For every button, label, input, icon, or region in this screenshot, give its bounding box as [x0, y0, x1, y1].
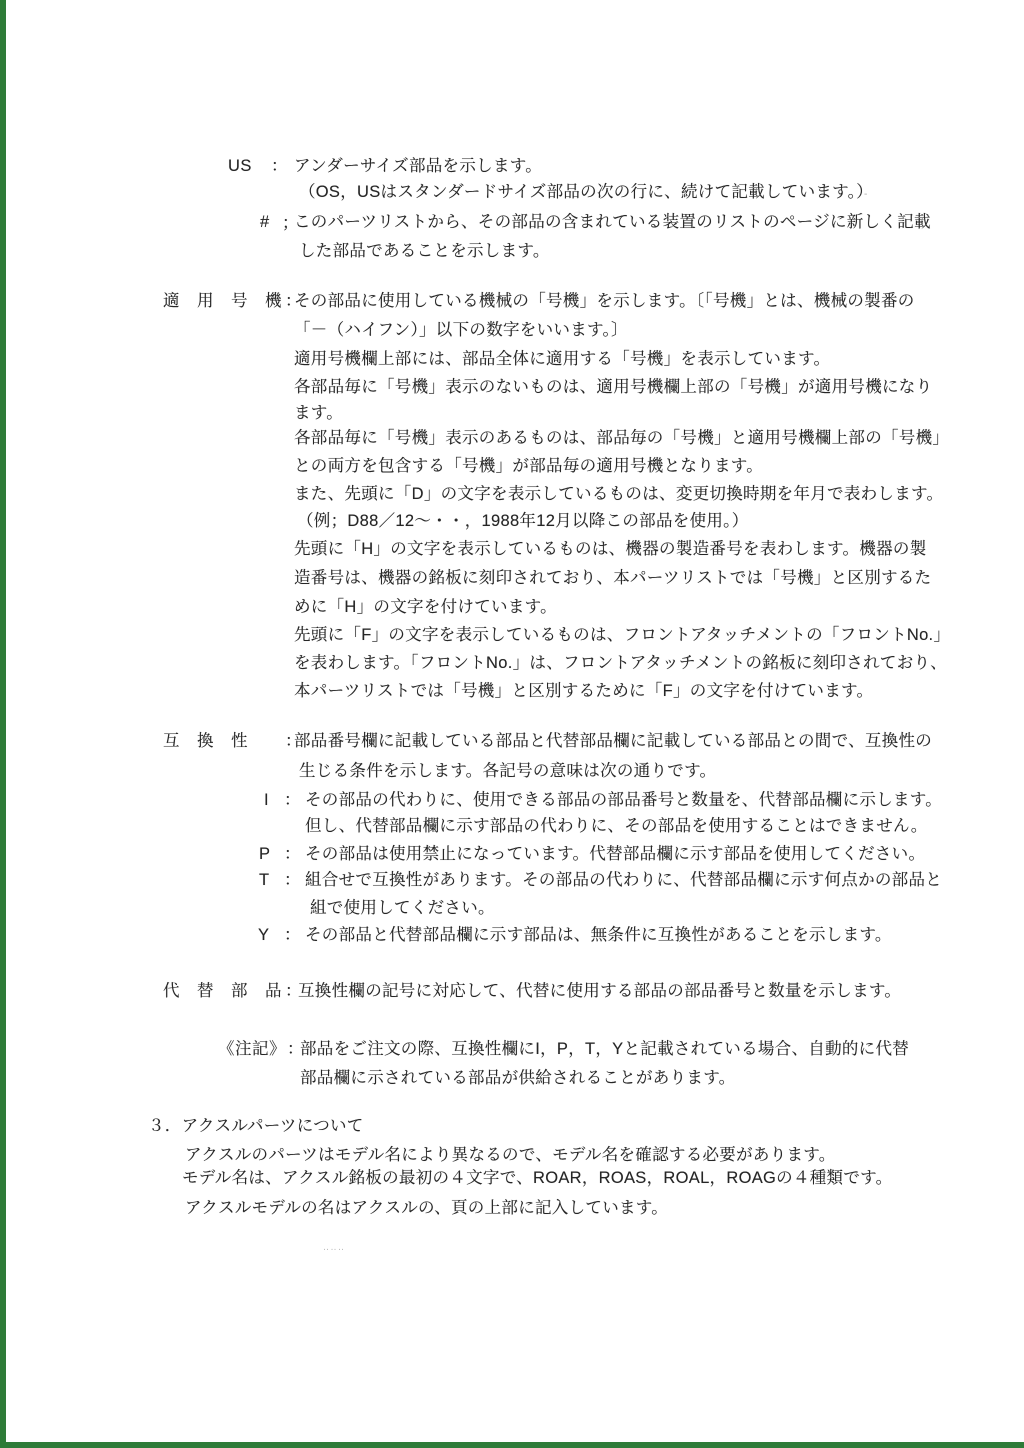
section3-heading: ３．アクスルパーツについて [148, 1118, 364, 1135]
us-line: アンダーサイズ部品を示します。 [294, 158, 542, 175]
gokan-item-symbol: P [259, 846, 271, 863]
daitai-line: 互換性欄の記号に対応して、代替に使用する部品の部品番号と数量を示します。 [298, 983, 901, 1000]
gokan-item-line: 組で使用してください。 [310, 900, 495, 917]
gokan-item-symbol: I [264, 792, 269, 809]
tekiyo-line: との両方を包含する「号機」が部品毎の適用号機となります。 [294, 458, 763, 475]
us-line: （OS，USはスタンダードサイズ部品の次の行に、続けて記載しています。） [299, 184, 873, 201]
gokan-line: 生じる条件を示します。各記号の意味は次の通りです。 [299, 763, 716, 780]
gokan-item-colon: ： [284, 872, 301, 889]
gokan-item-line: その部品と代替部品欄に示す部品は、無条件に互換性があることを示します。 [305, 927, 892, 944]
tekiyo-line: 造番号は、機器の銘板に刻印されており、本パーツリストでは「号機」と区別するた [294, 570, 931, 587]
gokan-item-colon: ： [284, 927, 301, 944]
tekiyo-line: を表わします。「フロントNo.」は、フロントアタッチメントの銘板に刻印されており… [294, 655, 947, 672]
scan-edge-left [0, 0, 6, 1448]
gokan-line: 部品番号欄に記載している部品と代替部品欄に記載している部品との間で、互換性の [294, 733, 932, 750]
tekiyo-line: 各部品毎に「号機」表示のあるものは、部品毎の「号機」と適用号機欄上部の「号機」 [294, 430, 949, 447]
gokan-item-line: その部品の代わりに、使用できる部品の部品番号と数量を、代替部品欄に示します。 [305, 792, 942, 809]
section3-line: アクスルのパーツはモデル名により異なるので、モデル名を確認する必要があります。 [185, 1147, 836, 1164]
section3-line: モデル名は、アクスル銘板の最初の４文字で、ROAR，ROAS，ROAL，ROAG… [182, 1170, 892, 1187]
gokan-item-symbol: Y [258, 927, 270, 944]
gokan-item-line: 但し、代替部品欄に示す部品の代わりに、その部品を使用することはできません。 [305, 818, 928, 835]
scan-edge-bottom [0, 1442, 1024, 1448]
gokan-item-symbol: T [259, 872, 270, 889]
gokan-item-line: その部品は使用禁止になっています。代替部品欄に示す部品を使用してください。 [305, 846, 925, 863]
chuki-label: 《注記》 [218, 1041, 286, 1058]
daitai-label: 代 替 部 品 [163, 983, 282, 1000]
us-label: US [228, 158, 252, 175]
tekiyo-line: めに「H」の文字を付けています。 [294, 599, 557, 616]
tekiyo-line: 先頭に「F」の文字を表示しているものは、フロントアタッチメントの「フロントNo.… [294, 627, 950, 644]
tekiyo-line: 「－（ハイフン）」以下の数字をいいます。〕 [294, 322, 628, 339]
tekiyo-line: また、先頭に「D」の文字を表示しているものは、変更切換時期を年月で表わします。 [294, 486, 943, 503]
tekiyo-line: 各部品毎に「号機」表示のないものは、適用号機欄上部の「号機」が適用号機になり [294, 379, 932, 396]
scan-artifact-smudge: ‥‥‥ [323, 1243, 346, 1252]
tekiyo-line: ます。 [294, 405, 343, 422]
tekiyo-line: その部品に使用している機械の「号機」を示します。〔「号機」とは、機械の製番の [294, 293, 915, 310]
tekiyo-line: 先頭に「H」の文字を表示しているものは、機器の製造番号を表わします。機器の製 [294, 541, 927, 558]
us-colon: ： [271, 158, 288, 175]
chuki-line: 部品をご注文の際、互換性欄にI，P，T，Yと記載されている場合、自動的に代替 [300, 1041, 909, 1058]
scan-artifact-dash: - [864, 190, 868, 200]
hash-line: このパーツリストから、その部品の含まれている装置のリストのページに新しく記載 [294, 214, 931, 231]
tekiyo-line: （例；D88／12～・・，1988年12月以降この部品を使用。） [297, 513, 749, 530]
gokan-item-colon: ： [284, 846, 301, 863]
section3-line: アクスルモデルの名はアクスルの、頁の上部に記入しています。 [185, 1200, 668, 1217]
gokan-label: 互 換 性 [163, 733, 248, 750]
gokan-item-colon: ： [284, 792, 301, 809]
tekiyo-line: 本パーツリストでは「号機」と区別するために「F」の文字を付けています。 [294, 683, 873, 700]
hash-label: # [260, 214, 270, 231]
scanned-document-page: US ： アンダーサイズ部品を示します。 （OS，USはスタンダードサイズ部品の… [0, 0, 1024, 1448]
tekiyo-line: 適用号機欄上部には、部品全体に適用する「号機」を表示しています。 [294, 351, 830, 368]
chuki-line: 部品欄に示されている部品が供給されることがあります。 [300, 1070, 735, 1087]
hash-line: した部品であることを示します。 [299, 243, 550, 260]
gokan-item-line: 組合せで互換性があります。その部品の代わりに、代替部品欄に示す何点かの部品と [305, 872, 942, 889]
tekiyo-label: 適 用 号 機 [163, 293, 282, 310]
